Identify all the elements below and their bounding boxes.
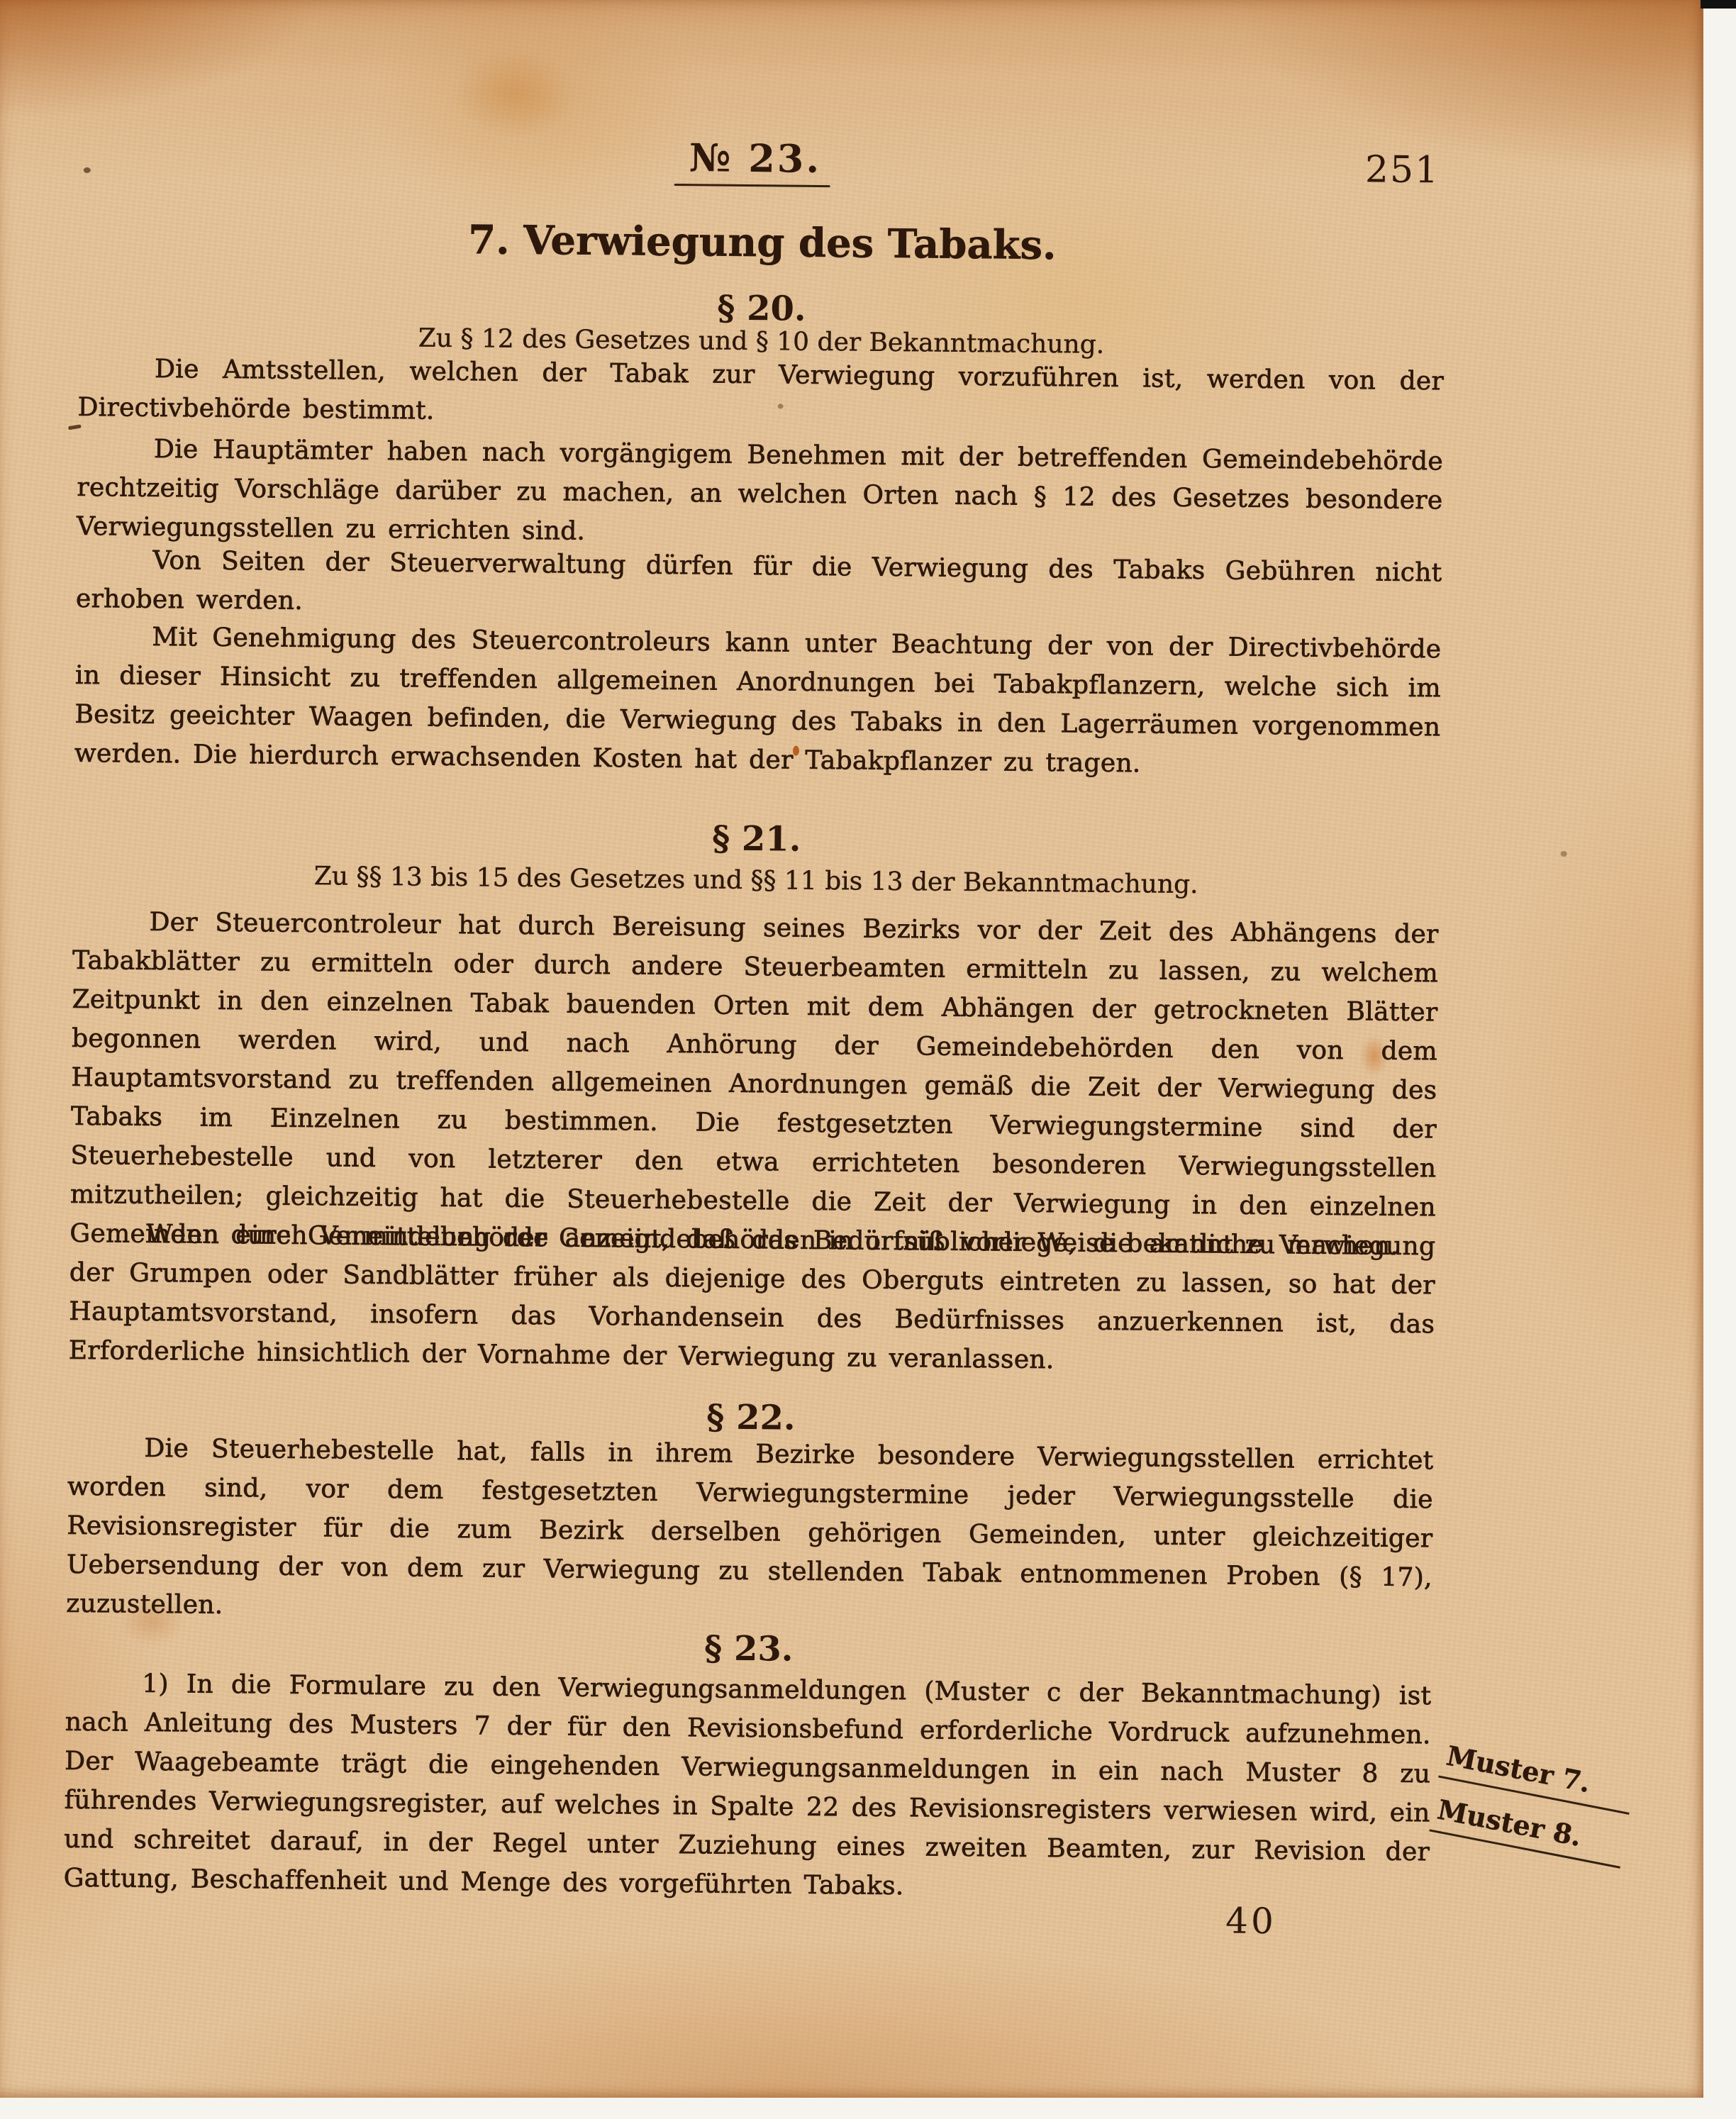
scanned-page: № 23. 251 7. Verwiegung des Tabaks. § 20… (0, 0, 1703, 2098)
scan-edge-mark (1701, 0, 1736, 9)
sheet-signature-number: 40 (1225, 1901, 1276, 1942)
ink-speck (84, 167, 91, 173)
section-20-paragraph-2: Die Hauptämter haben nach vorgängigem Be… (77, 429, 1443, 559)
issue-underline (674, 184, 830, 187)
section-21-paragraph-1: Der Steuercontroleur hat durch Bereisung… (69, 902, 1439, 1266)
section-21-reference: Zu §§ 13 bis 15 des Gesetzes und §§ 11 b… (73, 860, 1439, 901)
section-20-paragraph-3: Von Seiten der Steuerverwaltung dürfen f… (76, 540, 1442, 631)
ink-speck (778, 404, 784, 408)
section-21-heading: § 21. (74, 813, 1440, 865)
page-number: 251 (1365, 148, 1479, 192)
printed-content: № 23. 251 7. Verwiegung des Tabaks. § 20… (0, 0, 1705, 2113)
section-21-paragraph-2: Wenn eine Gemeindebehörde anzeigt, daß d… (69, 1214, 1436, 1383)
section-20-paragraph-1: Die Amtsstellen, welchen der Tabak zur V… (77, 349, 1444, 440)
chapter-title: 7. Verwiegung des Tabaks. (79, 213, 1446, 272)
section-22-paragraph-1: Die Steuerhebestelle hat, falls in ihrem… (66, 1428, 1434, 1636)
section-20-paragraph-4: Mit Genehmigung des Steuercontroleurs ka… (74, 617, 1442, 786)
section-23-paragraph-1: 1) In die Formulare zu den Verwiegungsan… (63, 1664, 1431, 1911)
issue-number: № 23. (613, 134, 898, 182)
ink-speck (1561, 851, 1567, 857)
